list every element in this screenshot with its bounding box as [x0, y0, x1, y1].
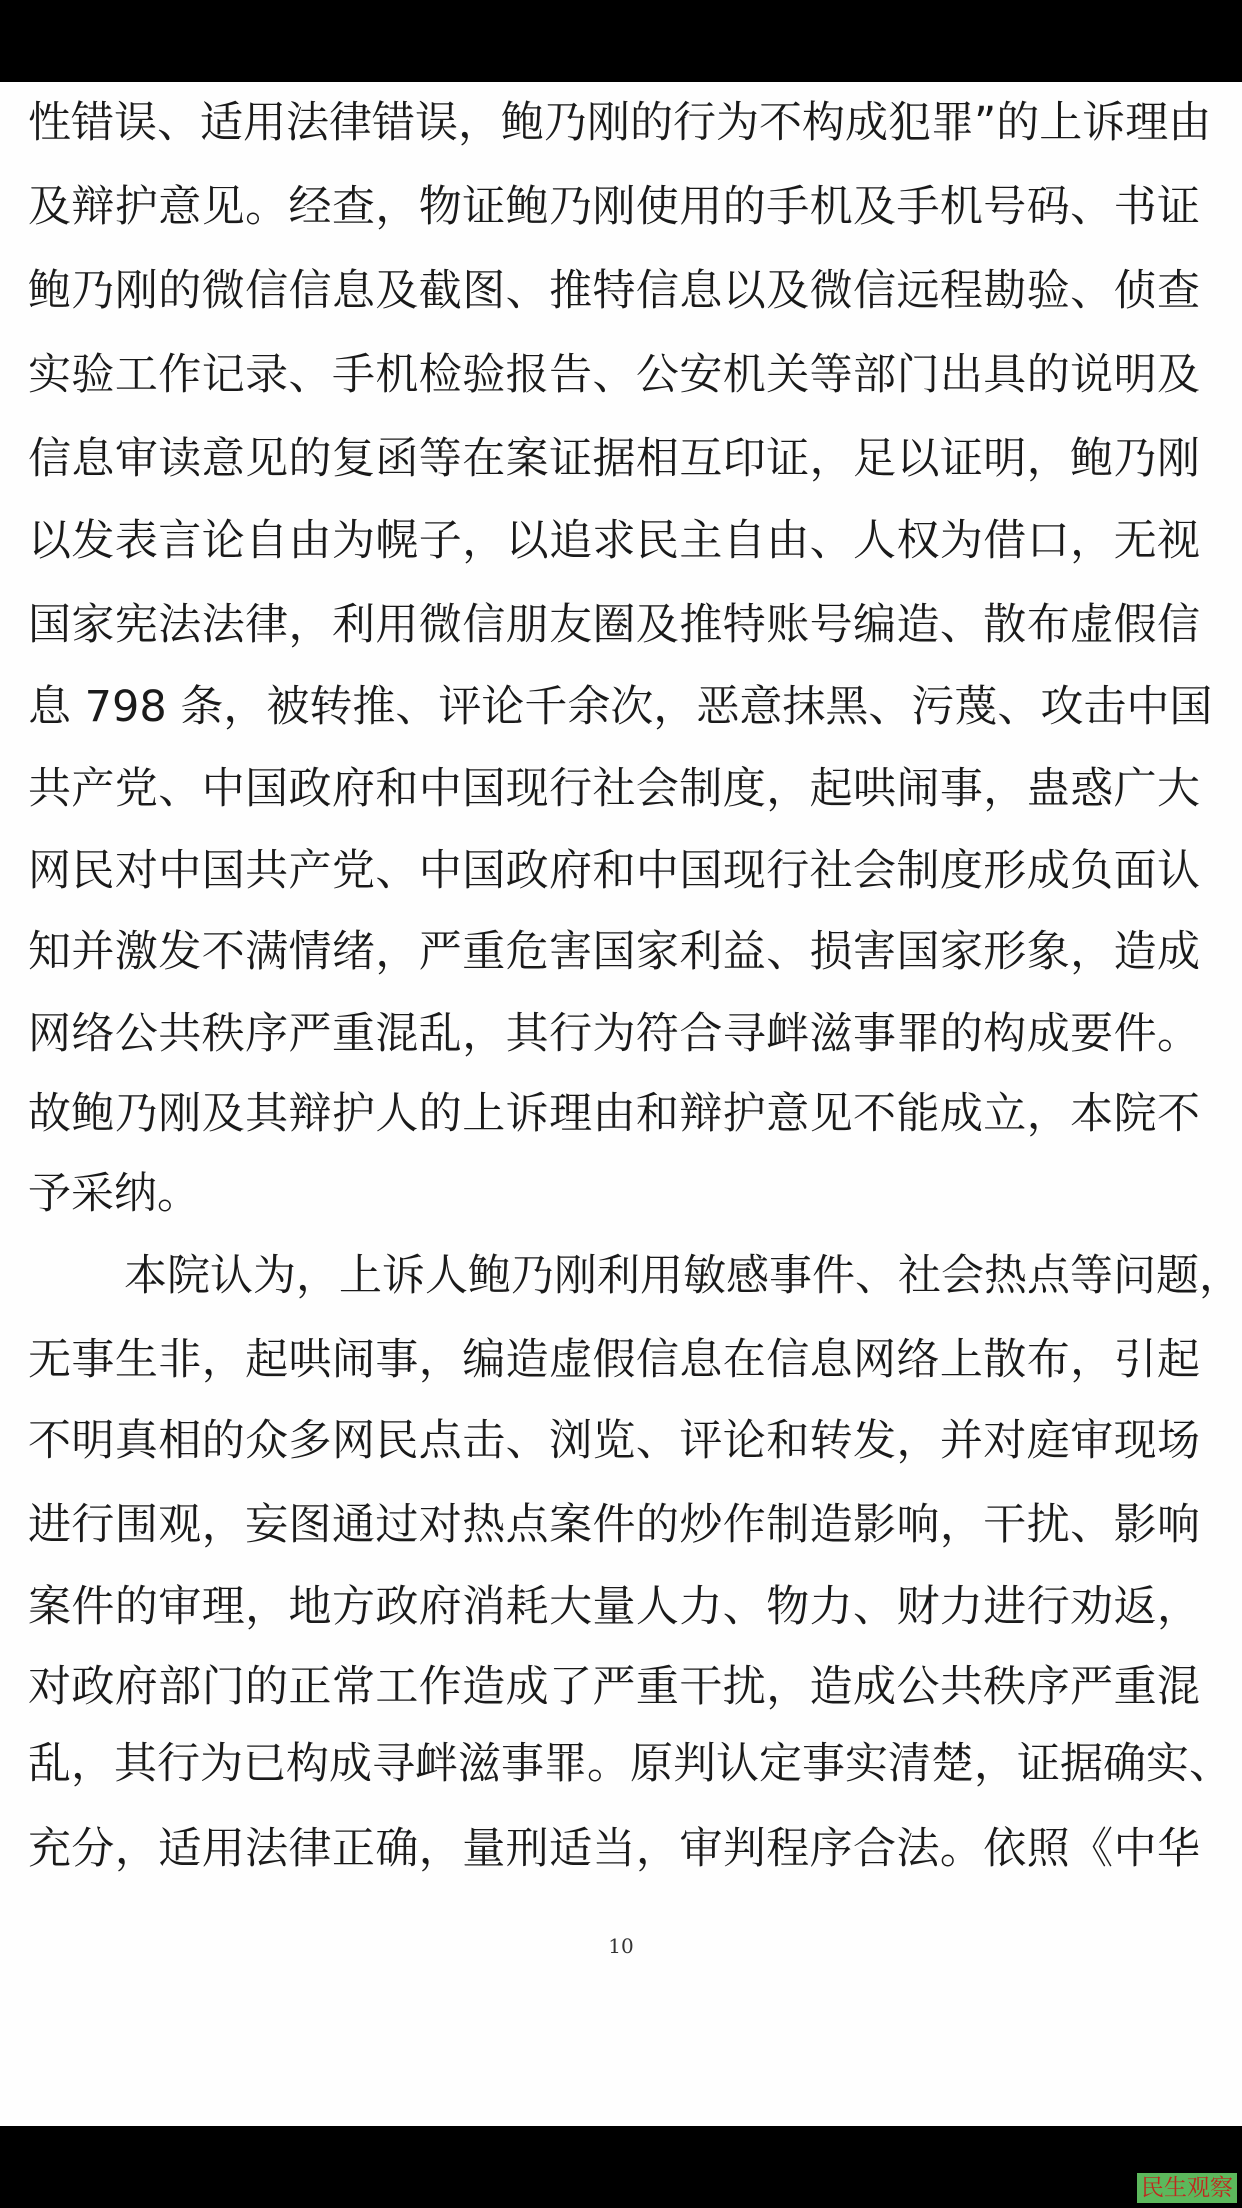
text-line: 乱，其行为已构成寻衅滋事罪。原判认定事实清楚，证据确实、 [28, 1723, 1200, 1805]
text-line: 息 798 条，被转推、评论千余次，恶意抹黑、污蔑、攻击中国 [28, 666, 1200, 748]
text-line: 国家宪法法律，利用微信朋友圈及推特账号编造、散布虚假信 [28, 584, 1200, 666]
text-line: 无事生非，起哄闹事，编造虚假信息在信息网络上散布，引起 [28, 1319, 1200, 1401]
text-line: 网民对中国共产党、中国政府和中国现行社会制度形成负面认 [28, 830, 1200, 912]
text-line: 知并激发不满情绪，严重危害国家利益、损害国家形象，造成 [28, 911, 1200, 993]
watermark-badge: 民生观察 [1137, 2173, 1237, 2203]
text-line: 及辩护意见。经查，物证鲍乃刚使用的手机及手机号码、书证 [28, 166, 1200, 248]
text-line: 对政府部门的正常工作造成了严重干扰，造成公共秩序严重混 [28, 1646, 1200, 1728]
text-line: 充分，适用法律正确，量刑适当，审判程序合法。依照《中华 [28, 1808, 1200, 1890]
paragraph-start-line: 本院认为，上诉人鲍乃刚利用敏感事件、社会热点等问题， [124, 1235, 1200, 1317]
text-line: 予采纳。 [28, 1153, 1200, 1235]
text-line: 实验工作记录、手机检验报告、公安机关等部门出具的说明及 [28, 334, 1200, 416]
text-line: 以发表言论自由为幌子，以追求民主自由、人权为借口，无视 [28, 500, 1200, 582]
text-line: 案件的审理，地方政府消耗大量人力、物力、财力进行劝返， [28, 1566, 1200, 1648]
text-line: 性错误、适用法律错误，鲍乃刚的行为不构成犯罪”的上诉理由 [28, 82, 1200, 164]
bottom-black-bar [0, 2126, 1242, 2208]
page-number: 10 [0, 1934, 1242, 1958]
text-line: 鲍乃刚的微信信息及截图、推特信息以及微信远程勘验、侦查 [28, 250, 1200, 332]
top-black-bar [0, 0, 1242, 82]
text-line: 进行围观，妄图通过对热点案件的炒作制造影响，干扰、影响 [28, 1484, 1200, 1566]
text-line: 共产党、中国政府和中国现行社会制度，起哄闹事，蛊惑广大 [28, 748, 1200, 830]
text-line: 网络公共秩序严重混乱，其行为符合寻衅滋事罪的构成要件。 [28, 993, 1200, 1075]
text-line: 故鲍乃刚及其辩护人的上诉理由和辩护意见不能成立，本院不 [28, 1073, 1200, 1155]
document-page: 性错误、适用法律错误，鲍乃刚的行为不构成犯罪”的上诉理由 及辩护意见。经查，物证… [0, 82, 1242, 2126]
text-line: 不明真相的众多网民点击、浏览、评论和转发，并对庭审现场 [28, 1400, 1200, 1482]
text-line: 信息审读意见的复函等在案证据相互印证，足以证明，鲍乃刚 [28, 418, 1200, 500]
